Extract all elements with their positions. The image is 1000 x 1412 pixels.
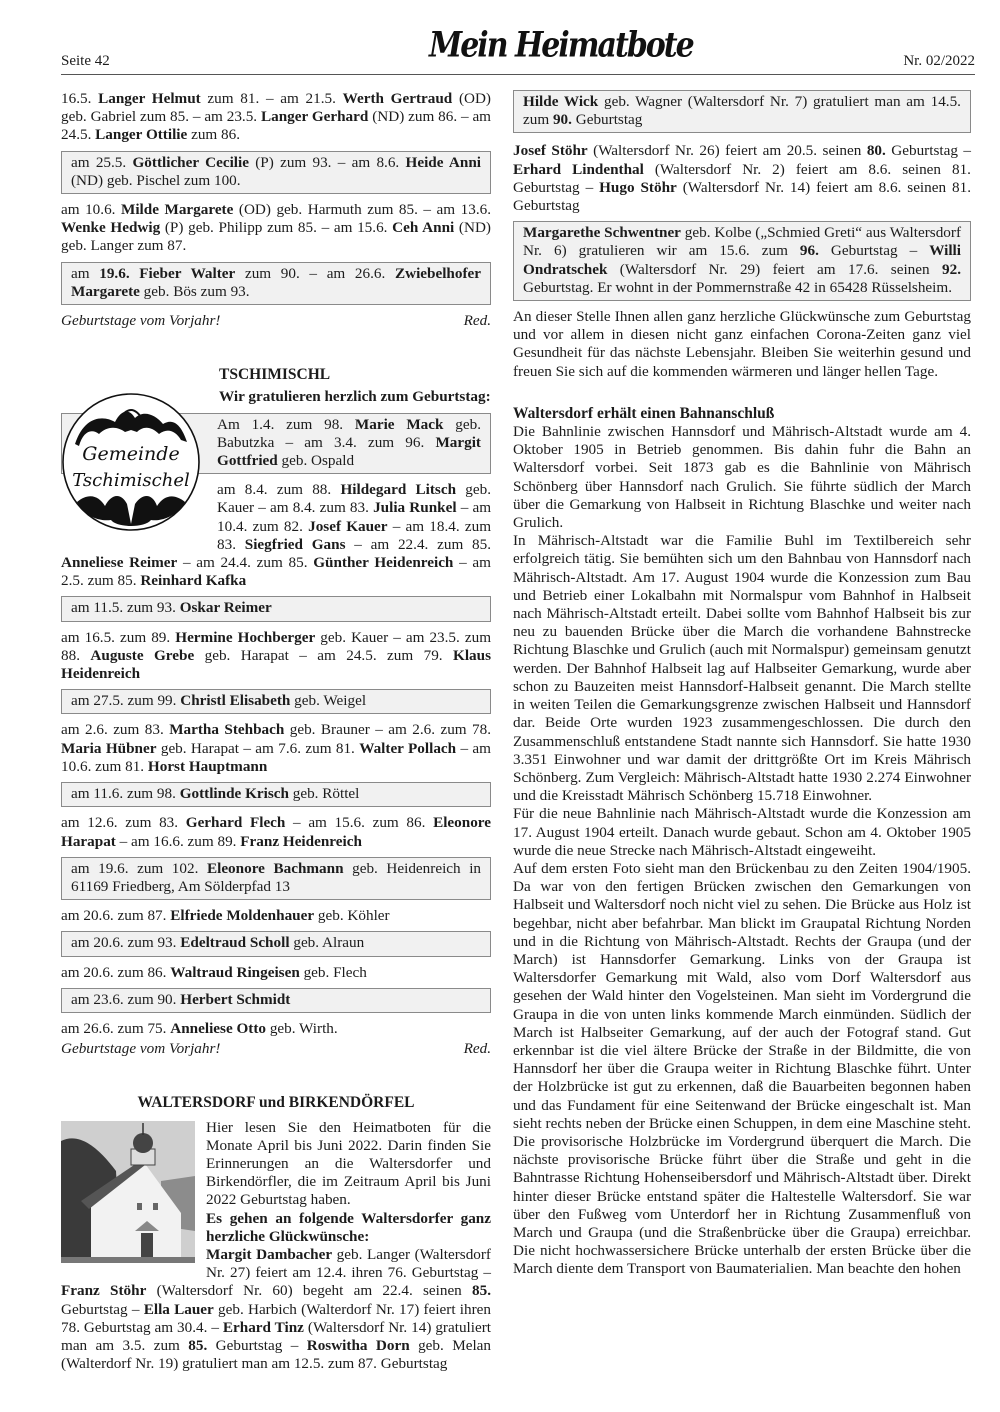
birthday-paragraph: am 26.6. zum 75. Anneliese Otto geb. Wir…	[61, 1020, 491, 1038]
box-text: am 11.5. zum 93. Oskar Reimer	[71, 599, 481, 617]
highlight-box: am 19.6. zum 102. Eleonore Bachmann geb.…	[61, 857, 491, 900]
article-paragraph: Die Bahnlinie zwischen Hannsdorf und Mäh…	[513, 423, 971, 532]
box-text: am 23.6. zum 90. Herbert Schmidt	[71, 991, 481, 1009]
left-column: 16.5. Langer Helmut zum 81. – am 21.5. W…	[61, 90, 491, 1379]
highlight-box: am 11.6. zum 98. Gottlinde Krisch geb. R…	[61, 782, 491, 807]
footnote: Geburtstage vom Vorjahr! Red.	[61, 312, 491, 330]
highlight-box: am 23.6. zum 90. Herbert Schmidt	[61, 988, 491, 1013]
footnote: Geburtstage vom Vorjahr! Red.	[61, 1040, 491, 1058]
article-paragraph: Auf dem ersten Foto sieht man den Brücke…	[513, 860, 971, 1279]
waltersdorf-section: WALTERSDORF und BIRKENDÖRFEL Hier lesen …	[61, 1094, 491, 1373]
highlight-box: Hilde Wick geb. Wagner (Waltersdorf Nr. …	[513, 90, 971, 133]
right-column: Hilde Wick geb. Wagner (Waltersdorf Nr. …	[513, 90, 971, 1279]
footnote-text: Geburtstage vom Vorjahr!	[61, 1040, 220, 1058]
article-body: Die Bahnlinie zwischen Hannsdorf und Mäh…	[513, 423, 971, 1279]
footnote-text: Geburtstage vom Vorjahr!	[61, 312, 220, 330]
birthday-paragraph: am 20.6. zum 87. Elfriede Moldenhauer ge…	[61, 907, 491, 925]
highlight-box: am 11.5. zum 93. Oskar Reimer	[61, 596, 491, 621]
birthday-paragraph: am 2.6. zum 83. Martha Stehbach geb. Bra…	[61, 721, 491, 776]
tschimischl-section: Gemeinde Tschimischel TSCHIMISCHL Wir gr…	[61, 366, 491, 1058]
box-text: am 19.6. zum 102. Eleonore Bachmann geb.…	[71, 860, 481, 896]
article-paragraph: Für die neue Bahnlinie nach Mährisch-Alt…	[513, 805, 971, 860]
highlight-box: am 27.5. zum 99. Christl Elisabeth geb. …	[61, 689, 491, 714]
editor-mark: Red.	[464, 312, 491, 330]
article-title: Waltersdorf erhält einen Bahnanschluß	[513, 405, 971, 423]
box-text: am 20.6. zum 93. Edeltraud Scholl geb. A…	[71, 934, 481, 952]
article-paragraph: In Mährisch-Altstadt war die Familie Buh…	[513, 532, 971, 805]
birthday-paragraph: 16.5. Langer Helmut zum 81. – am 21.5. W…	[61, 90, 491, 145]
birthday-paragraph: am 16.5. zum 89. Hermine Hochberger geb.…	[61, 629, 491, 684]
municipality-stamp-image: Gemeinde Tschimischel	[55, 374, 205, 544]
section-subtitle: Wir gratulieren herzlich zum Geburtstag:	[219, 388, 491, 406]
masthead-logo: Mein Heimatbote	[429, 25, 693, 65]
chapel-image-icon	[61, 1121, 195, 1263]
birthday-paragraph: am 10.6. Milde Margarete (OD) geb. Harmu…	[61, 201, 491, 256]
box-text: Margarethe Schwentner geb. Kolbe („Schmi…	[523, 224, 961, 297]
box-text: am 27.5. zum 99. Christl Elisabeth geb. …	[71, 692, 481, 710]
wishes-paragraph: An dieser Stelle Ihnen allen ganz herzli…	[513, 308, 971, 381]
editor-mark: Red.	[464, 1040, 491, 1058]
box-text: am 25.5. Göttlicher Cecilie (P) zum 93. …	[71, 154, 481, 190]
issue-number: Nr. 02/2022	[903, 53, 975, 70]
stamp-icon: Gemeinde Tschimischel	[55, 374, 205, 544]
birthday-paragraph: am 12.6. zum 83. Gerhard Flech – am 15.6…	[61, 814, 491, 850]
chapel-photo	[61, 1121, 195, 1263]
box-text: am 11.6. zum 98. Gottlinde Krisch geb. R…	[71, 785, 481, 803]
page-header: Seite 42 Mein Heimatbote Nr. 02/2022	[61, 22, 975, 75]
box-text: Hilde Wick geb. Wagner (Waltersdorf Nr. …	[523, 93, 961, 129]
birthday-paragraph: Josef Stöhr (Waltersdorf Nr. 26) feiert …	[513, 142, 971, 215]
birthday-paragraph: Margit Dambacher geb. Langer (Waltersdor…	[61, 1246, 491, 1373]
section-title: TSCHIMISCHL	[219, 366, 491, 384]
page-number: Seite 42	[61, 53, 110, 70]
section-title: WALTERSDORF und BIRKENDÖRFEL	[61, 1094, 491, 1112]
highlight-box: am 19.6. Fieber Walter zum 90. – am 26.6…	[61, 262, 491, 305]
birthday-paragraph: am 20.6. zum 86. Waltraud Ringeisen geb.…	[61, 964, 491, 982]
box-text: am 19.6. Fieber Walter zum 90. – am 26.6…	[71, 265, 481, 301]
svg-text:Gemeinde: Gemeinde	[82, 443, 179, 465]
highlight-box: Margarethe Schwentner geb. Kolbe („Schmi…	[513, 221, 971, 301]
svg-text:Tschimischel: Tschimischel	[72, 470, 190, 491]
highlight-box: am 25.5. Göttlicher Cecilie (P) zum 93. …	[61, 151, 491, 194]
highlight-box: am 20.6. zum 93. Edeltraud Scholl geb. A…	[61, 931, 491, 956]
